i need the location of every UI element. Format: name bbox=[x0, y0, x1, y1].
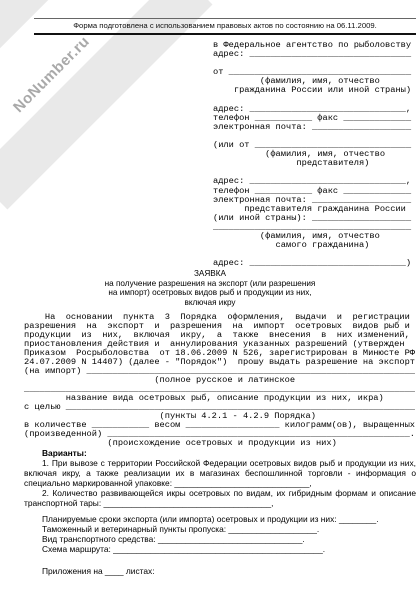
variant-item-1: 1. При вывозе с территории Российской Фе… bbox=[24, 458, 416, 488]
recipient-block: в Федеральное агентство по рыболовству а… bbox=[213, 41, 411, 268]
logistics-section: Планируемые сроки экспорта (или импорта)… bbox=[42, 514, 379, 554]
form-preparation-notice: Форма подготовлена с использованием прав… bbox=[34, 18, 416, 35]
form-title: ЗАЯВКА на получение разрешения на экспор… bbox=[0, 269, 420, 308]
variants-section: Варианты: 1. При вывозе с территории Рос… bbox=[24, 448, 416, 509]
form-preparation-notice-text: Форма подготовлена с использованием прав… bbox=[73, 21, 377, 30]
attachments-line: Приложения на ____ листах: bbox=[42, 566, 155, 576]
variant-item-2: 2. Количество развивающейся икры осетров… bbox=[24, 488, 416, 508]
variants-heading: Варианты: bbox=[24, 448, 416, 458]
statement-paragraph: На основании пункта 3 Порядка оформления… bbox=[24, 313, 415, 448]
application-form-page: NoNumber.ru Форма подготовлена с использ… bbox=[0, 0, 420, 600]
